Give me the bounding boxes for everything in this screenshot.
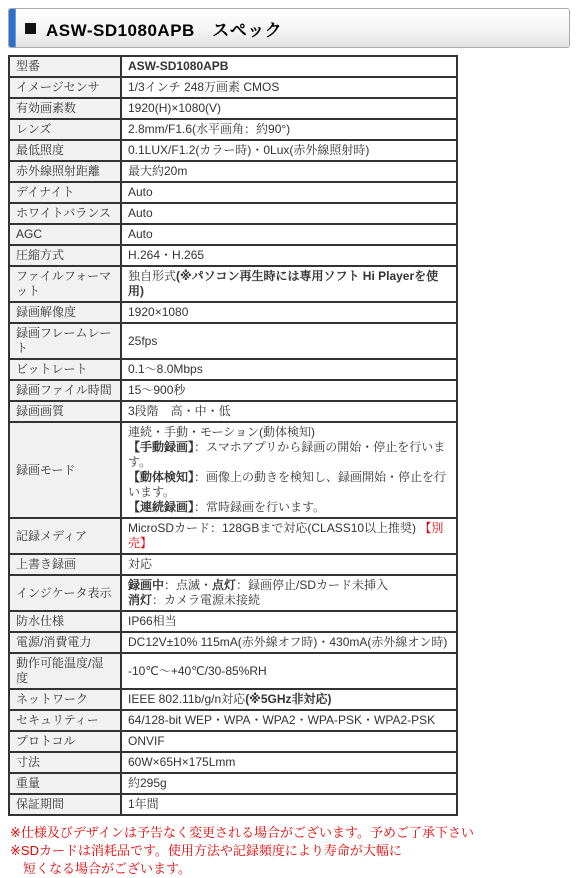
spec-value-text: 1/3インチ 248万画素 CMOS — [128, 80, 279, 94]
spec-row: AGCAuto — [9, 224, 457, 245]
footnotes: ※仕様及びデザインは予告なく変更される場合がございます。予めご了承下さい※SDカ… — [10, 824, 579, 878]
spec-value: 録画中：点滅・点灯：録画停止/SDカード未挿入消灯：カメラ電源未接続 — [121, 575, 457, 611]
section-header: ASW-SD1080APB スペック — [8, 8, 570, 48]
spec-value-line: IP66相当 — [128, 614, 450, 629]
spec-value-text: 0.1～8.0Mbps — [128, 362, 203, 376]
spec-value-text: -10℃～+40℃/30-85%RH — [128, 664, 267, 678]
spec-value-line: 対応 — [128, 557, 450, 572]
spec-value: Auto — [121, 224, 457, 245]
spec-value-text: 25fps — [128, 334, 157, 348]
spec-value-text: 60W×65H×175Lmm — [128, 755, 235, 769]
spec-row: 録画画質3段階 高・中・低 — [9, 401, 457, 422]
spec-value: 1920×1080 — [121, 302, 457, 323]
spec-value-text: (※5GHz非対応) — [245, 692, 331, 706]
spec-row: 電源/消費電力DC12V±10% 115mA(赤外線オフ時)・430mA(赤外線… — [9, 632, 457, 653]
spec-value-text: ：録画停止/SDカード未挿入 — [236, 578, 388, 592]
spec-value: 0.1LUX/F1.2(カラー時)・0Lux(赤外線照射時) — [121, 140, 457, 161]
spec-label: 圧縮方式 — [9, 245, 121, 266]
spec-value-text: 約295g — [128, 776, 167, 790]
spec-label: 録画フレームレート — [9, 323, 121, 359]
accent-bar — [9, 9, 16, 47]
spec-value-line: 最大約20m — [128, 164, 450, 179]
spec-value: H.264・H.265 — [121, 245, 457, 266]
spec-value-line: 25fps — [128, 334, 450, 349]
spec-row: レンズ2.8mm/F1.6(水平画角：約90°) — [9, 119, 457, 140]
spec-row: 保証期間1年間 — [9, 794, 457, 815]
spec-label: 上書き録画 — [9, 554, 121, 575]
spec-row: 最低照度0.1LUX/F1.2(カラー時)・0Lux(赤外線照射時) — [9, 140, 457, 161]
spec-row: デイナイトAuto — [9, 182, 457, 203]
spec-value-text: 独自形式 — [128, 269, 176, 283]
spec-value: 2.8mm/F1.6(水平画角：約90°) — [121, 119, 457, 140]
spec-value-line: 1920×1080 — [128, 305, 450, 320]
spec-row: 録画解像度1920×1080 — [9, 302, 457, 323]
spec-value: 0.1～8.0Mbps — [121, 359, 457, 380]
spec-row: ファイルフォーマット独自形式(※パソコン再生時には専用ソフト Hi Player… — [9, 266, 457, 302]
spec-label: ネットワーク — [9, 689, 121, 710]
spec-value-text: 【動体検知】 — [128, 470, 194, 484]
spec-label: 重量 — [9, 773, 121, 794]
spec-value: IEEE 802.11b/g/n対応(※5GHz非対応) — [121, 689, 457, 710]
spec-value-line: 【連続録画】：常時録画を行います。 — [128, 500, 450, 515]
spec-value-line: ONVIF — [128, 734, 450, 749]
square-bullet-icon — [25, 23, 36, 34]
spec-row: ネットワークIEEE 802.11b/g/n対応(※5GHz非対応) — [9, 689, 457, 710]
spec-label: 動作可能温度/湿度 — [9, 653, 121, 689]
spec-value-text: MicroSDカード：128GBまで対応(CLASS10以上推奨) — [128, 521, 419, 535]
page-title: ASW-SD1080APB スペック — [46, 16, 282, 41]
spec-value-line: Auto — [128, 185, 450, 200]
spec-value-line: IEEE 802.11b/g/n対応(※5GHz非対応) — [128, 692, 450, 707]
spec-value: 60W×65H×175Lmm — [121, 752, 457, 773]
spec-label: AGC — [9, 224, 121, 245]
spec-label: 電源/消費電力 — [9, 632, 121, 653]
spec-value-text: 【手動録画】 — [128, 440, 194, 454]
spec-row: ビットレート0.1～8.0Mbps — [9, 359, 457, 380]
spec-value-line: 約295g — [128, 776, 450, 791]
spec-value: 3段階 高・中・低 — [121, 401, 457, 422]
spec-row: ホワイトバランスAuto — [9, 203, 457, 224]
spec-value-text: DC12V±10% 115mA(赤外線オフ時)・430mA(赤外線オン時) — [128, 635, 447, 649]
spec-value-line: -10℃～+40℃/30-85%RH — [128, 664, 450, 679]
spec-value-text: H.264・H.265 — [128, 248, 204, 262]
spec-value-text: 15～900秒 — [128, 383, 185, 397]
spec-row: セキュリティー64/128-bit WEP・WPA・WPA2・WPA-PSK・W… — [9, 710, 457, 731]
spec-value-text: 1920(H)×1080(V) — [128, 101, 221, 115]
spec-row: 圧縮方式H.264・H.265 — [9, 245, 457, 266]
spec-label: インジケータ表示 — [9, 575, 121, 611]
spec-value-text: 録画中 — [128, 578, 164, 592]
spec-value: ASW-SD1080APB — [121, 56, 457, 77]
footnote: ※SDカードは消耗品です。使用方法や記録頻度により寿命が大幅に — [10, 842, 579, 860]
spec-row: 有効画素数1920(H)×1080(V) — [9, 98, 457, 119]
spec-value-text: 64/128-bit WEP・WPA・WPA2・WPA-PSK・WPA2-PSK — [128, 713, 435, 727]
spec-value-text: Auto — [128, 206, 153, 220]
spec-value-line: H.264・H.265 — [128, 248, 450, 263]
spec-label: 有効画素数 — [9, 98, 121, 119]
spec-value: 1年間 — [121, 794, 457, 815]
spec-value: 25fps — [121, 323, 457, 359]
spec-value-text: ONVIF — [128, 734, 165, 748]
spec-value: 64/128-bit WEP・WPA・WPA2・WPA-PSK・WPA2-PSK — [121, 710, 457, 731]
spec-label: 録画ファイル時間 — [9, 380, 121, 401]
spec-row: 防水仕様IP66相当 — [9, 611, 457, 632]
spec-label: レンズ — [9, 119, 121, 140]
spec-label: ビットレート — [9, 359, 121, 380]
spec-value-line: 連続・手動・モーション(動体検知) — [128, 425, 450, 440]
spec-value-text: 0.1LUX/F1.2(カラー時)・0Lux(赤外線照射時) — [128, 143, 369, 157]
spec-value-text: 1920×1080 — [128, 305, 188, 319]
spec-value-text: 対応 — [128, 557, 152, 571]
spec-value-text: 点灯 — [212, 578, 236, 592]
spec-value-text: ：点滅・ — [164, 578, 212, 592]
spec-value: 連続・手動・モーション(動体検知)【手動録画】：スマホアプリから録画の開始・停止… — [121, 422, 457, 518]
spec-value-line: 0.1～8.0Mbps — [128, 362, 450, 377]
spec-label: 保証期間 — [9, 794, 121, 815]
spec-row: 上書き録画対応 — [9, 554, 457, 575]
spec-row: 赤外線照射距離最大約20m — [9, 161, 457, 182]
spec-value-text: ：カメラ電源未接続 — [152, 593, 260, 607]
spec-value-line: 15～900秒 — [128, 383, 450, 398]
spec-value: 15～900秒 — [121, 380, 457, 401]
spec-label: プロトコル — [9, 731, 121, 752]
spec-label: 記録メディア — [9, 518, 121, 554]
spec-value-line: 独自形式(※パソコン再生時には専用ソフト Hi Playerを使用) — [128, 269, 450, 299]
spec-label: 録画画質 — [9, 401, 121, 422]
spec-value: 最大約20m — [121, 161, 457, 182]
spec-row: 録画モード連続・手動・モーション(動体検知)【手動録画】：スマホアプリから録画の… — [9, 422, 457, 518]
spec-label: 赤外線照射距離 — [9, 161, 121, 182]
spec-value-text: Auto — [128, 185, 153, 199]
spec-value-line: ASW-SD1080APB — [128, 59, 450, 74]
spec-value-text: IP66相当 — [128, 614, 177, 628]
spec-value: DC12V±10% 115mA(赤外線オフ時)・430mA(赤外線オン時) — [121, 632, 457, 653]
spec-label: 最低照度 — [9, 140, 121, 161]
spec-value: ONVIF — [121, 731, 457, 752]
spec-value-line: 録画中：点滅・点灯：録画停止/SDカード未挿入 — [128, 578, 450, 593]
spec-row: インジケータ表示録画中：点滅・点灯：録画停止/SDカード未挿入消灯：カメラ電源未… — [9, 575, 457, 611]
spec-value-line: DC12V±10% 115mA(赤外線オフ時)・430mA(赤外線オン時) — [128, 635, 450, 650]
spec-label: 型番 — [9, 56, 121, 77]
spec-value: 1920(H)×1080(V) — [121, 98, 457, 119]
spec-row: 記録メディアMicroSDカード：128GBまで対応(CLASS10以上推奨) … — [9, 518, 457, 554]
spec-value: Auto — [121, 203, 457, 224]
spec-value-line: MicroSDカード：128GBまで対応(CLASS10以上推奨) 【別売】 — [128, 521, 450, 551]
spec-value-text: Auto — [128, 227, 153, 241]
spec-value-line: Auto — [128, 227, 450, 242]
spec-row: プロトコルONVIF — [9, 731, 457, 752]
spec-row: 動作可能温度/湿度-10℃～+40℃/30-85%RH — [9, 653, 457, 689]
spec-label: 録画解像度 — [9, 302, 121, 323]
spec-value-text: ：常時録画を行います。 — [194, 500, 325, 514]
spec-value-line: 1920(H)×1080(V) — [128, 101, 450, 116]
spec-value-text: 最大約20m — [128, 164, 187, 178]
page: ASW-SD1080APB スペック 型番ASW-SD1080APBイメージセン… — [0, 8, 579, 878]
spec-label: セキュリティー — [9, 710, 121, 731]
spec-value-line: 【手動録画】：スマホアプリから録画の開始・停止を行います。 — [128, 440, 450, 470]
spec-value-line: 【動体検知】：画像上の動きを検知し、録画開始・停止を行います。 — [128, 470, 450, 500]
spec-value-line: 消灯：カメラ電源未接続 — [128, 593, 450, 608]
spec-value-text: 消灯 — [128, 593, 152, 607]
spec-value: Auto — [121, 182, 457, 203]
spec-value-line: 64/128-bit WEP・WPA・WPA2・WPA-PSK・WPA2-PSK — [128, 713, 450, 728]
footnote: 短くなる場合がございます。 — [10, 860, 579, 878]
spec-value: IP66相当 — [121, 611, 457, 632]
spec-value-line: 60W×65H×175Lmm — [128, 755, 450, 770]
spec-value-text: IEEE 802.11b/g/n対応 — [128, 692, 245, 706]
spec-row: 重量約295g — [9, 773, 457, 794]
spec-value: 対応 — [121, 554, 457, 575]
footnote: ※仕様及びデザインは予告なく変更される場合がございます。予めご了承下さい — [10, 824, 579, 842]
spec-row: イメージセンサ1/3インチ 248万画素 CMOS — [9, 77, 457, 98]
spec-value: 独自形式(※パソコン再生時には専用ソフト Hi Playerを使用) — [121, 266, 457, 302]
spec-value-line: Auto — [128, 206, 450, 221]
spec-label: デイナイト — [9, 182, 121, 203]
spec-row: 録画フレームレート25fps — [9, 323, 457, 359]
spec-value-text: 1年間 — [128, 797, 159, 811]
spec-value-line: 3段階 高・中・低 — [128, 404, 450, 419]
spec-value: 約295g — [121, 773, 457, 794]
spec-value-line: 1年間 — [128, 797, 450, 812]
spec-value-text: 連続・手動・モーション(動体検知) — [128, 425, 315, 439]
spec-value-line: 1/3インチ 248万画素 CMOS — [128, 80, 450, 95]
spec-value: 1/3インチ 248万画素 CMOS — [121, 77, 457, 98]
spec-value: -10℃～+40℃/30-85%RH — [121, 653, 457, 689]
spec-table: 型番ASW-SD1080APBイメージセンサ1/3インチ 248万画素 CMOS… — [8, 55, 458, 816]
spec-value-line: 2.8mm/F1.6(水平画角：約90°) — [128, 122, 450, 137]
spec-label: ホワイトバランス — [9, 203, 121, 224]
spec-row: 録画ファイル時間15～900秒 — [9, 380, 457, 401]
spec-value-text: 2.8mm/F1.6(水平画角：約90°) — [128, 122, 290, 136]
spec-row: 型番ASW-SD1080APB — [9, 56, 457, 77]
spec-value: MicroSDカード：128GBまで対応(CLASS10以上推奨) 【別売】 — [121, 518, 457, 554]
spec-value-text: 3段階 高・中・低 — [128, 404, 231, 418]
spec-label: ファイルフォーマット — [9, 266, 121, 302]
spec-value-text: 【連続録画】 — [128, 500, 194, 514]
spec-label: 録画モード — [9, 422, 121, 518]
spec-label: 寸法 — [9, 752, 121, 773]
spec-value-line: 0.1LUX/F1.2(カラー時)・0Lux(赤外線照射時) — [128, 143, 450, 158]
spec-value-text: ASW-SD1080APB — [128, 59, 228, 73]
spec-label: イメージセンサ — [9, 77, 121, 98]
spec-label: 防水仕様 — [9, 611, 121, 632]
